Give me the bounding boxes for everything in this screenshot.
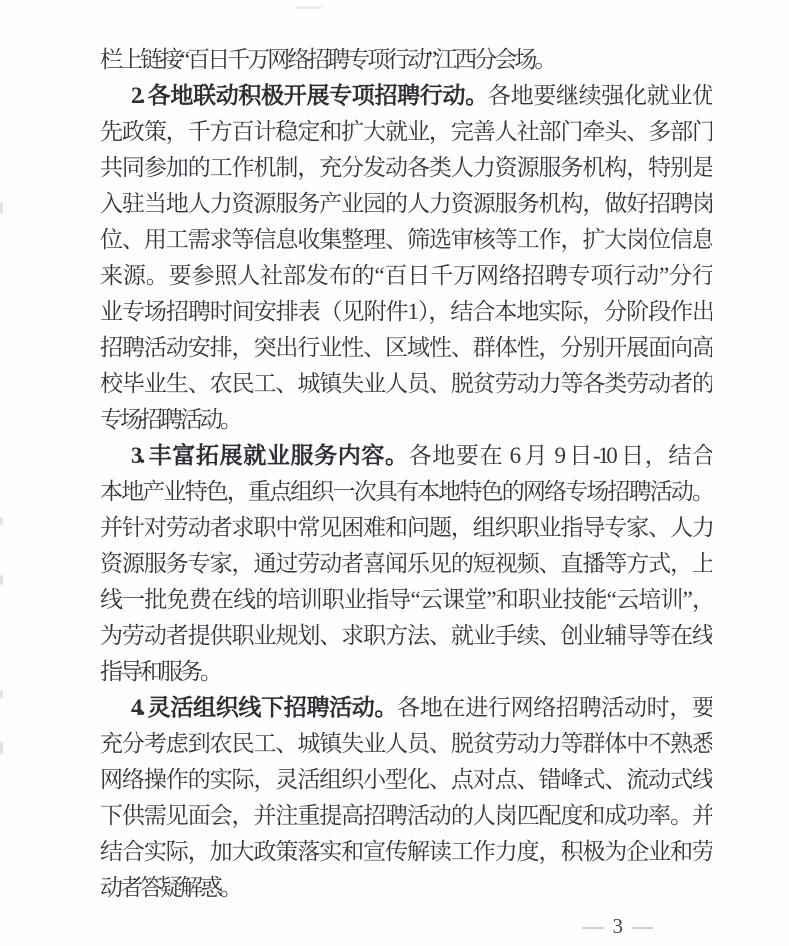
document-line: 资源服务专家，通过劳动者喜闻乐见的短视频、直播等方式，上 — [100, 546, 712, 582]
document-line: 校毕业生、农民工、城镇失业人员、脱贫劳动力等各类劳动者的 — [100, 366, 712, 402]
page-number-value: 3 — [613, 914, 624, 938]
document-line: 共同参加的工作机制，充分发动各类人力资源服务机构，特别是 — [100, 150, 712, 186]
scan-artifact — [0, 517, 3, 525]
document-line: 来源。要参照人社部发布的“百日千万网络招聘专项行动”分行 — [100, 258, 712, 294]
document-line: 入驻当地人力资源服务产业园的人力资源服务机构，做好招聘岗 — [100, 186, 712, 222]
document-line: 3. 丰富拓展就业服务内容。各地要在 6 月 9 日-10 日，结合 — [100, 438, 712, 474]
document-line: 为劳动者提供职业规划、求职方法、就业手续、创业辅导等在线 — [100, 618, 712, 654]
document-line: 4. 灵活组织线下招聘活动。各地在进行网络招聘活动时，要 — [100, 690, 712, 726]
scan-artifact — [0, 202, 3, 214]
paragraph-heading: 2. 各地联动积极开展专项招聘行动。 — [131, 83, 488, 108]
document-line: 下供需见面会，并注重提高招聘活动的人岗匹配度和成功率。并 — [100, 798, 712, 834]
document-line: 本地产业特色，重点组织一次具有本地特色的网络专场招聘活动。 — [100, 474, 712, 510]
document-line: 充分考虑到农民工、城镇失业人员、脱贫劳动力等群体中不熟悉 — [100, 726, 712, 762]
scan-artifact — [0, 742, 3, 754]
document-line: 并针对劳动者求职中常见困难和问题，组织职业指导专家、人力 — [100, 510, 712, 546]
scanned-document-page: 栏上链接“百日千万网络招聘专项行动”江西分会场。2. 各地联动积极开展专项招聘行… — [0, 0, 789, 946]
page-number-right-dash: — — [632, 914, 653, 938]
document-line: 动者答疑解惑。 — [100, 870, 712, 906]
document-line: 先政策，千方百计稳定和扩大就业，完善人社部门牵头、多部门 — [100, 114, 712, 150]
document-line: 招聘活动安排，突出行业性、区域性、群体性，分别开展面向高 — [100, 330, 712, 366]
document-line: 结合实际，加大政策落实和宣传解读工作力度，积极为企业和劳 — [100, 834, 712, 870]
document-body: 栏上链接“百日千万网络招聘专项行动”江西分会场。2. 各地联动积极开展专项招聘行… — [100, 42, 712, 906]
scan-artifact — [0, 690, 3, 698]
paragraph-text: 各地要继续强化就业优 — [488, 83, 712, 108]
paragraph-text: 各地在进行网络招聘活动时，要 — [397, 695, 712, 720]
paragraph-heading: 3. 丰富拓展就业服务内容。 — [131, 443, 409, 468]
page-number: —3— — [574, 914, 663, 939]
document-line: 业专场招聘时间安排表（见附件1），结合本地实际，分阶段作出 — [100, 294, 712, 330]
document-line: 网络操作的实际，灵活组织小型化、点对点、错峰式、流动式线 — [100, 762, 712, 798]
paragraph-heading: 4. 灵活组织线下招聘活动。 — [131, 695, 397, 720]
document-line: 栏上链接“百日千万网络招聘专项行动”江西分会场。 — [100, 42, 712, 78]
scan-artifact — [296, 6, 322, 9]
page-number-left-dash: — — [583, 914, 604, 938]
document-line: 2. 各地联动积极开展专项招聘行动。各地要继续强化就业优 — [100, 78, 712, 114]
document-line: 线一批免费在线的培训职业指导“云课堂”和职业技能“云培训”， — [100, 582, 712, 618]
scan-artifact — [0, 575, 3, 585]
document-line: 位、用工需求等信息收集整理、筛选审核等工作，扩大岗位信息 — [100, 222, 712, 258]
paragraph-text: 各地要在 6 月 9 日-10 日，结合 — [409, 443, 712, 468]
document-line: 专场招聘活动。 — [100, 402, 712, 438]
document-line: 指导和服务。 — [100, 654, 712, 690]
